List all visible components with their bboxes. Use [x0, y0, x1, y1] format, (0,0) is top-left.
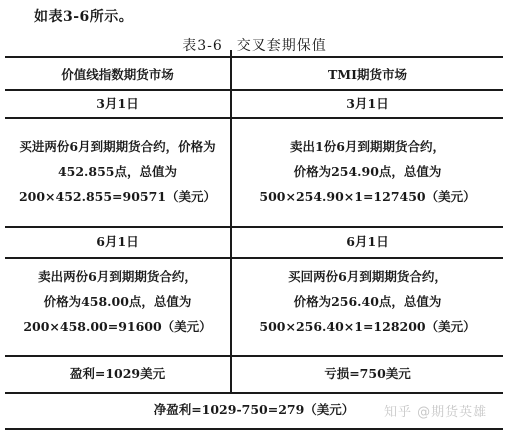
watermark: 知乎 @期货英雄	[384, 401, 487, 420]
action-right-1: 卖出1份6月到期期货合约， 价格为254.90点，总值为 500×254.90×…	[232, 134, 503, 209]
text-line: 500×256.40×1=128200（美元）	[232, 314, 503, 339]
text-line: 买进两份6月到期期货合约，价格为	[5, 134, 230, 159]
text-line: 452.855点，总值为	[5, 159, 230, 184]
table-caption: 表3-6交叉套期保值	[0, 35, 509, 55]
action-right-2: 买回两份6月到期期货合约， 价格为256.40点，总值为 500×256.40×…	[232, 264, 503, 339]
text-line: 买回两份6月到期期货合约，	[232, 264, 503, 289]
date-right-1: 3月1日	[232, 91, 503, 116]
row-divider	[5, 117, 503, 119]
action-left-1: 买进两份6月到期期货合约，价格为 452.855点，总值为 200×452.85…	[5, 134, 230, 209]
table-top-rule	[5, 56, 503, 58]
text-line: 卖出1份6月到期期货合约，	[232, 134, 503, 159]
row-divider	[5, 392, 503, 394]
table-number: 表3-6	[182, 38, 223, 54]
header-left: 价值线指数期货市场	[5, 62, 230, 87]
table-title: 交叉套期保值	[237, 38, 327, 54]
date-left-1: 3月1日	[5, 91, 230, 116]
intro-text: 如表3-6所示。	[34, 6, 133, 26]
row-divider	[5, 355, 503, 357]
row-divider	[5, 226, 503, 228]
row-divider	[5, 257, 503, 259]
profit-cell: 盈利=1029美元	[5, 361, 230, 386]
text-line: 200×458.00=91600（美元）	[5, 314, 230, 339]
text-line: 价格为254.90点，总值为	[232, 159, 503, 184]
date-left-2: 6月1日	[5, 229, 230, 254]
text-line: 卖出两份6月到期期货合约，	[5, 264, 230, 289]
table-bottom-rule	[5, 428, 503, 430]
action-left-2: 卖出两份6月到期期货合约， 价格为458.00点，总值为 200×458.00=…	[5, 264, 230, 339]
loss-cell: 亏损=750美元	[232, 361, 503, 386]
text-line: 500×254.90×1=127450（美元）	[232, 184, 503, 209]
text-line: 价格为458.00点，总值为	[5, 289, 230, 314]
header-right: TMI期货市场	[232, 62, 503, 87]
text-line: 价格为256.40点，总值为	[232, 289, 503, 314]
date-right-2: 6月1日	[232, 229, 503, 254]
text-line: 200×452.855=90571（美元）	[5, 184, 230, 209]
